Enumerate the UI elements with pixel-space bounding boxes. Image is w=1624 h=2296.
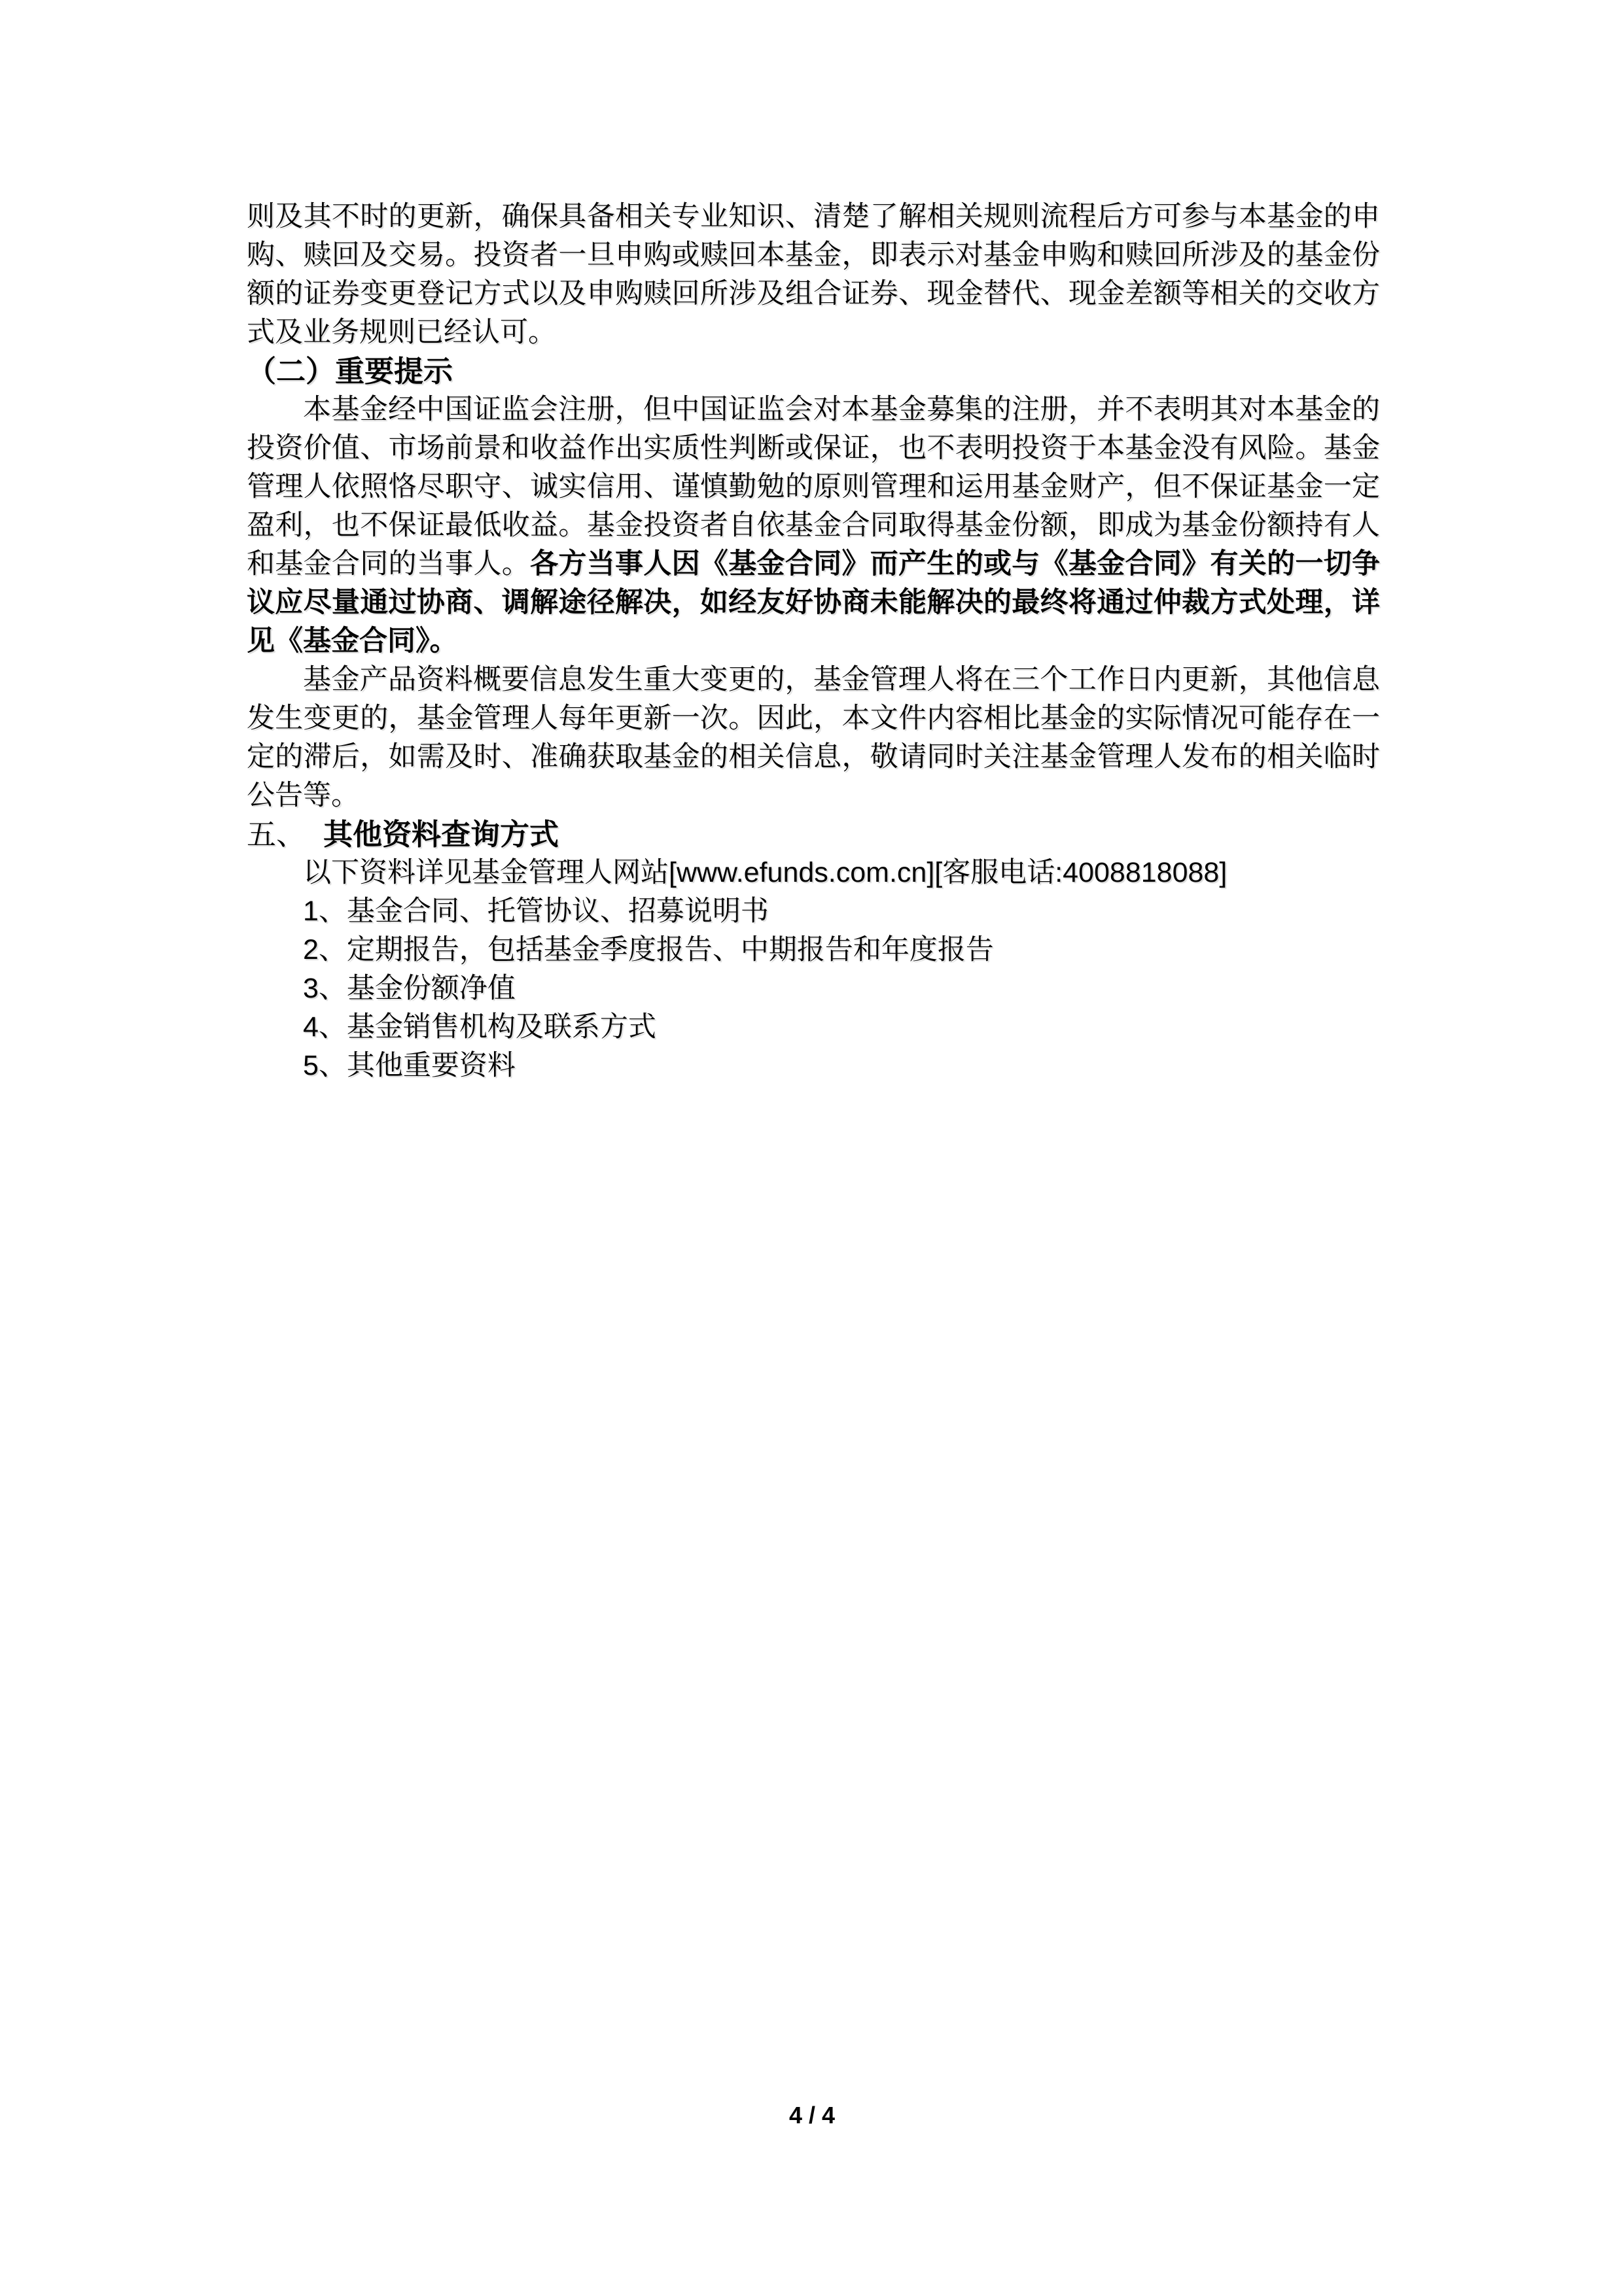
paragraph-important-notice: 本基金经中国证监会注册，但中国证监会对本基金募集的注册，并不表明其对本基金的投资… bbox=[247, 391, 1380, 661]
resource-list-item-4: 4、基金销售机构及联系方式 bbox=[247, 1008, 1380, 1047]
resource-list-item-1: 1、基金合同、托管协议、招募说明书 bbox=[247, 892, 1380, 931]
document-content: 则及其不时的更新，确保具备相关专业知识、清楚了解相关规则流程后方可参与本基金的申… bbox=[247, 198, 1380, 1085]
page-number: 4 / 4 bbox=[0, 2102, 1624, 2129]
resource-list-item-2: 2、定期报告，包括基金季度报告、中期报告和年度报告 bbox=[247, 931, 1380, 969]
resource-list-item-5: 5、其他重要资料 bbox=[247, 1047, 1380, 1085]
section-heading-other-resources: 五、其他资料查询方式 bbox=[247, 815, 1380, 854]
section-number: 五、 bbox=[247, 818, 306, 851]
paragraph-update-policy: 基金产品资料概要信息发生重大变更的，基金管理人将在三个工作日内更新，其他信息发生… bbox=[247, 661, 1380, 815]
paragraph-resource-intro: 以下资料详见基金管理人网站[www.efunds.com.cn][客服电话:40… bbox=[247, 854, 1380, 892]
section-heading-important-notice: （二）重要提示 bbox=[247, 352, 1380, 391]
resource-list: 1、基金合同、托管协议、招募说明书 2、定期报告，包括基金季度报告、中期报告和年… bbox=[247, 892, 1380, 1085]
section-title: 其他资料查询方式 bbox=[323, 818, 559, 851]
resource-list-item-3: 3、基金份额净值 bbox=[247, 969, 1380, 1008]
paragraph-rules-continuation: 则及其不时的更新，确保具备相关专业知识、清楚了解相关规则流程后方可参与本基金的申… bbox=[247, 198, 1380, 352]
document-page: 则及其不时的更新，确保具备相关专业知识、清楚了解相关规则流程后方可参与本基金的申… bbox=[0, 0, 1624, 2296]
